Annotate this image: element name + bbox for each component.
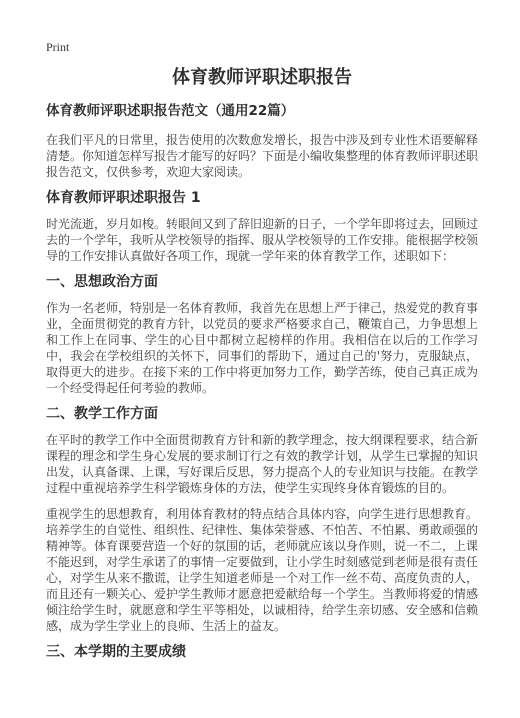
section-heading-report-1: 体育教师评职述职报告 1 xyxy=(46,190,478,206)
paragraph-ideology: 作为一名老师，特别是一名体育教师，我首先在思想上严于律己，热爱党的教育事业，全面… xyxy=(46,300,478,396)
document-page: Print 体育教师评职述职报告 体育教师评职述职报告范文（通用22篇） 在我们… xyxy=(0,0,520,718)
paragraph-teaching-1: 在平时的教学工作中全面贯彻教育方针和新的教学理念，按大纲课程要求，结合新课程的理… xyxy=(46,432,478,496)
print-button[interactable]: Print xyxy=(46,40,69,54)
doc-title: 体育教师评职述职报告 xyxy=(46,67,478,89)
paragraph-teaching-2: 重视学生的思想教育，利用体育教材的特点结合具体内容，向学生进行思想教育。培养学生… xyxy=(46,506,478,634)
paragraph-report-opening: 时光流逝，岁月如梭。转眼间又到了辞旧迎新的日子，一个学年即将过去，回顾过去的一个… xyxy=(46,216,478,264)
section-heading-teaching: 二、教学工作方面 xyxy=(46,406,478,422)
paragraph-intro: 在我们平凡的日常里，报告使用的次数愈发增长，报告中涉及到专业性术语要解释清楚。你… xyxy=(46,132,478,180)
section-heading-ideology: 一、思想政治方面 xyxy=(46,274,478,290)
doc-subtitle: 体育教师评职述职报告范文（通用22篇） xyxy=(46,103,478,119)
section-heading-achievements: 三、本学期的主要成绩 xyxy=(46,644,478,660)
